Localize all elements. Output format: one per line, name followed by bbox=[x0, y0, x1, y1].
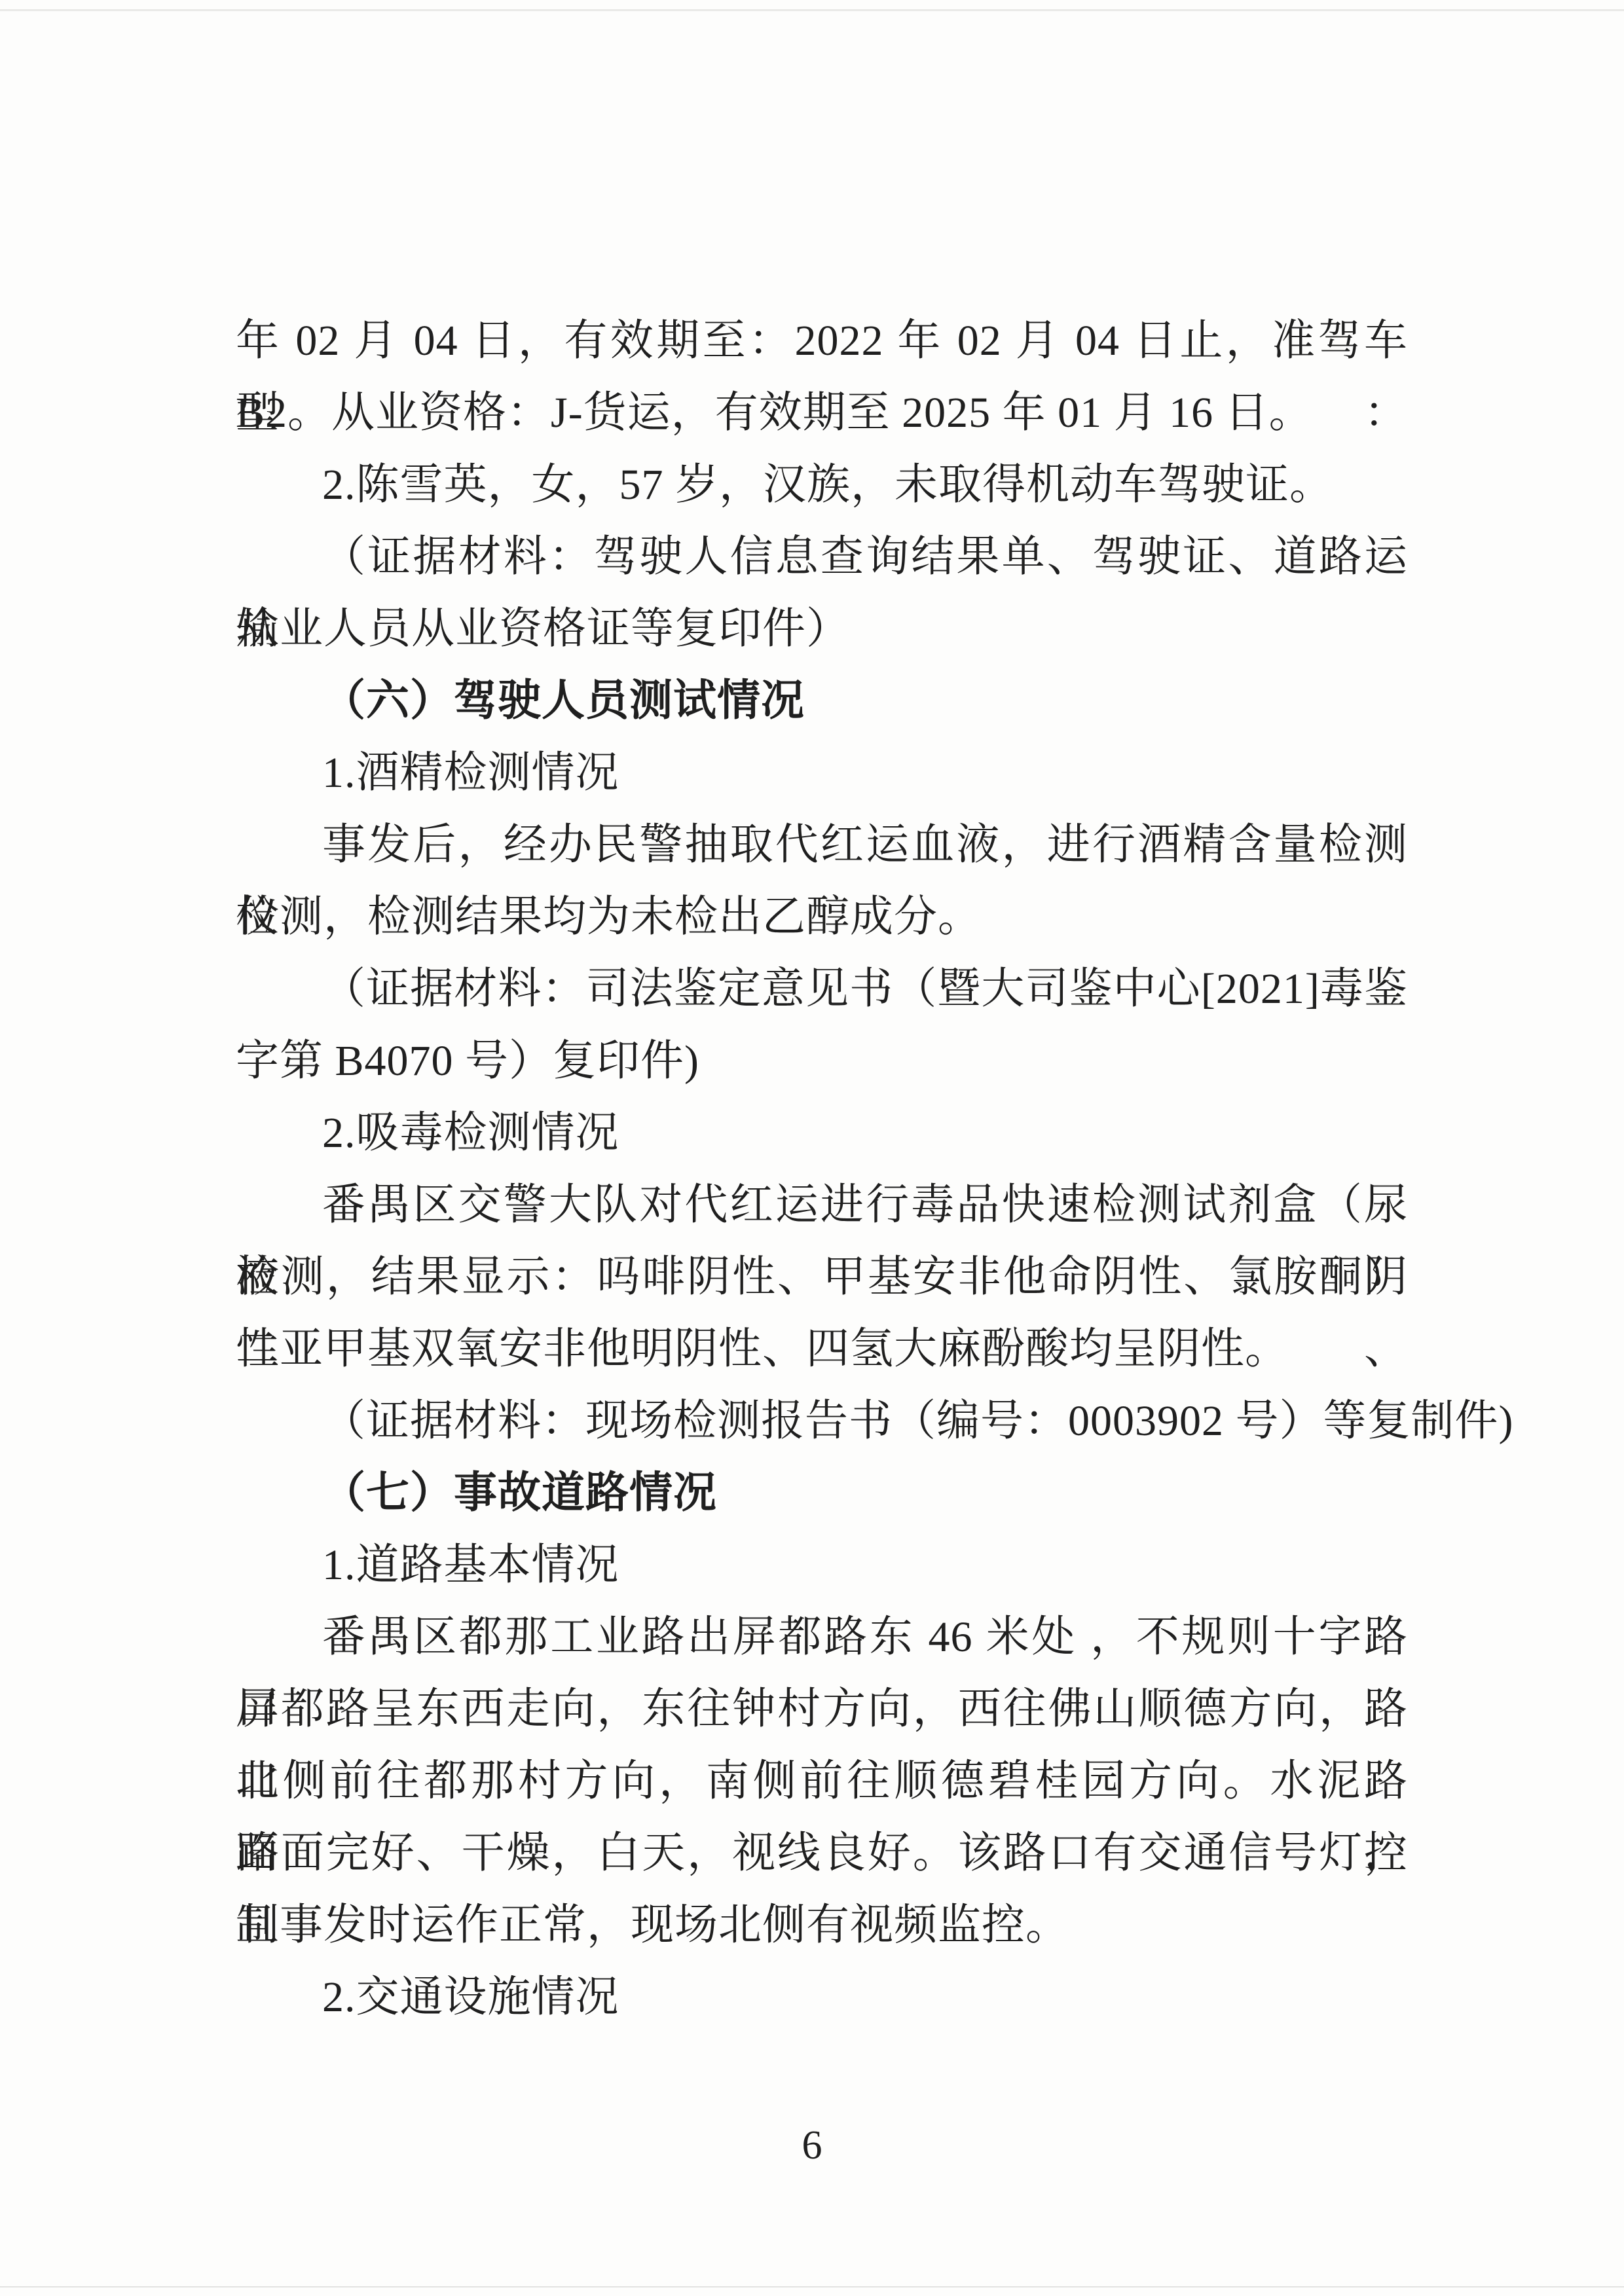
text-line: 年 02 月 04 日，有效期至：2022 年 02 月 04 日止，准驾车型： bbox=[236, 305, 1408, 377]
text-line: 从业人员从业资格证等复印件） bbox=[236, 593, 1408, 665]
page-number: 6 bbox=[802, 2123, 822, 2168]
text-line: （证据材料：现场检测报告书（编号：0003902 号）等复制件) bbox=[236, 1385, 1408, 1457]
section-heading: （六）驾驶人员测试情况 bbox=[236, 665, 1408, 737]
text-line: 北侧前往都那村方向，南侧前往顺德碧桂园方向。水泥路面， bbox=[236, 1745, 1408, 1817]
text-line: 屏都路呈东西走向，东往钟村方向，西往佛山顺德方向，路口 bbox=[236, 1673, 1408, 1745]
text-line: 且事发时运作正常，现场北侧有视频监控。 bbox=[236, 1889, 1408, 1961]
scan-edge-artifact-top bbox=[0, 9, 1624, 11]
text-line: 2.陈雪英，女，57 岁，汉族，未取得机动车驾驶证。 bbox=[236, 449, 1408, 521]
text-line: 1.道路基本情况 bbox=[236, 1529, 1408, 1601]
text-line: 事发后，经办民警抽取代红运血液，进行酒精含量检测仪 bbox=[236, 809, 1408, 881]
text-line: 番禺区都那工业路出屏都路东 46 米处 ，不规则十字路口 bbox=[236, 1601, 1408, 1673]
text-line: 番禺区交警大队对代红运进行毒品快速检测试剂盒（尿液） bbox=[236, 1169, 1408, 1241]
text-line: 路面完好、干燥，白天，视线良好。该路口有交通信号灯控制 bbox=[236, 1817, 1408, 1889]
page-footer: 6 bbox=[0, 2121, 1624, 2170]
text-line: 2.交通设施情况 bbox=[236, 1961, 1408, 2033]
text-line: 检测，检测结果均为未检出乙醇成分。 bbox=[236, 881, 1408, 953]
text-line: 二亚甲基双氧安非他明阴性、四氢大麻酚酸均呈阴性。 bbox=[236, 1313, 1408, 1385]
text-line: 字第 B4070 号）复印件) bbox=[236, 1025, 1408, 1097]
section-heading: （七）事故道路情况 bbox=[236, 1457, 1408, 1529]
text-line: （证据材料：司法鉴定意见书（暨大司鉴中心[2021]毒鉴 bbox=[236, 953, 1408, 1025]
text-line: （证据材料：驾驶人信息查询结果单、驾驶证、道路运输 bbox=[236, 521, 1408, 593]
text-line: 1.酒精检测情况 bbox=[236, 737, 1408, 809]
document-page: 年 02 月 04 日，有效期至：2022 年 02 月 04 日止，准驾车型：… bbox=[0, 0, 1624, 2296]
text-line: 检测，结果显示：吗啡阴性、甲基安非他命阴性、氯胺酮阴性、 bbox=[236, 1241, 1408, 1313]
document-body: 年 02 月 04 日，有效期至：2022 年 02 月 04 日止，准驾车型：… bbox=[236, 305, 1408, 2033]
text-line: 2.吸毒检测情况 bbox=[236, 1097, 1408, 1169]
scan-edge-artifact-bottom bbox=[0, 2286, 1624, 2287]
text-line: B2。从业资格：J-货运，有效期至 2025 年 01 月 16 日。 bbox=[236, 377, 1408, 449]
